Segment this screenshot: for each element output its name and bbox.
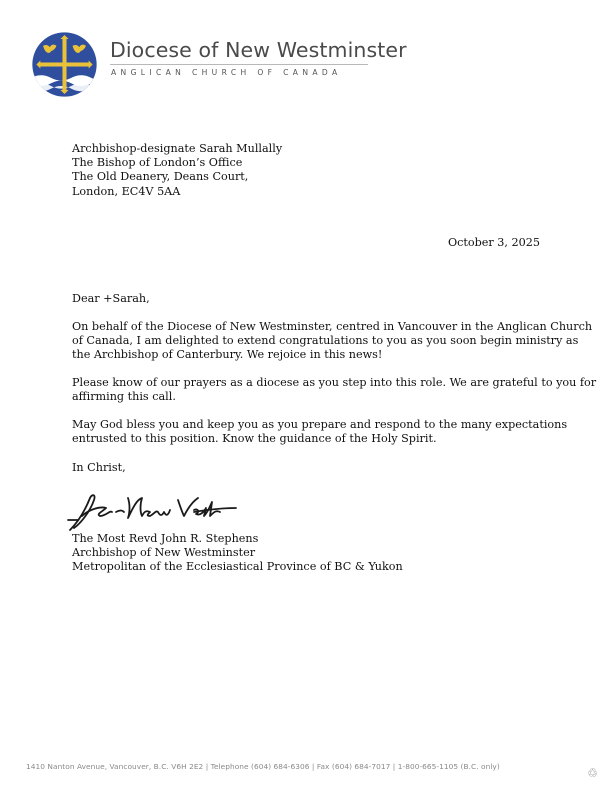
body-line: affirming this call. [72, 390, 596, 404]
recipient-line: London, EC4V 5AA [72, 185, 282, 199]
body-paragraph-2: Please know of our prayers as a diocese … [72, 376, 596, 404]
body-paragraph-3: May God bless you and keep you as you pr… [72, 418, 567, 446]
closing: In Christ, [72, 461, 126, 475]
body-paragraph-1: On behalf of the Diocese of New Westmins… [72, 320, 592, 363]
body-line: the Archbishop of Canterbury. We rejoice… [72, 348, 592, 362]
body-line: of Canada, I am delighted to extend cong… [72, 334, 592, 348]
body-line: On behalf of the Diocese of New Westmins… [72, 320, 592, 334]
handwritten-signature-icon [66, 490, 238, 534]
recipient-line: Archbishop-designate Sarah Mullally [72, 142, 282, 156]
letterhead-divider [110, 64, 368, 65]
recipient-address: Archbishop-designate Sarah Mullally The … [72, 142, 282, 199]
recycle-icon: ♲ [586, 767, 599, 780]
body-line: Please know of our prayers as a diocese … [72, 376, 596, 390]
signer-title: Archbishop of New Westminster [72, 546, 403, 560]
diocese-crest-icon [31, 31, 98, 98]
letter-date: October 3, 2025 [448, 236, 540, 249]
signer-block: The Most Revd John R. Stephens Archbisho… [72, 532, 403, 575]
signer-office: Metropolitan of the Ecclesiastical Provi… [72, 560, 403, 574]
recipient-line: The Bishop of London’s Office [72, 156, 282, 170]
body-line: entrusted to this position. Know the gui… [72, 432, 567, 446]
salutation: Dear +Sarah, [72, 292, 150, 306]
body-line: May God bless you and keep you as you pr… [72, 418, 567, 432]
recipient-line: The Old Deanery, Deans Court, [72, 170, 282, 184]
organization-subtitle: ANGLICAN CHURCH OF CANADA [111, 68, 342, 77]
organization-name: Diocese of New Westminster [110, 38, 407, 62]
signer-name: The Most Revd John R. Stephens [72, 532, 403, 546]
footer-contact: 1410 Nanton Avenue, Vancouver, B.C. V6H … [26, 762, 500, 771]
